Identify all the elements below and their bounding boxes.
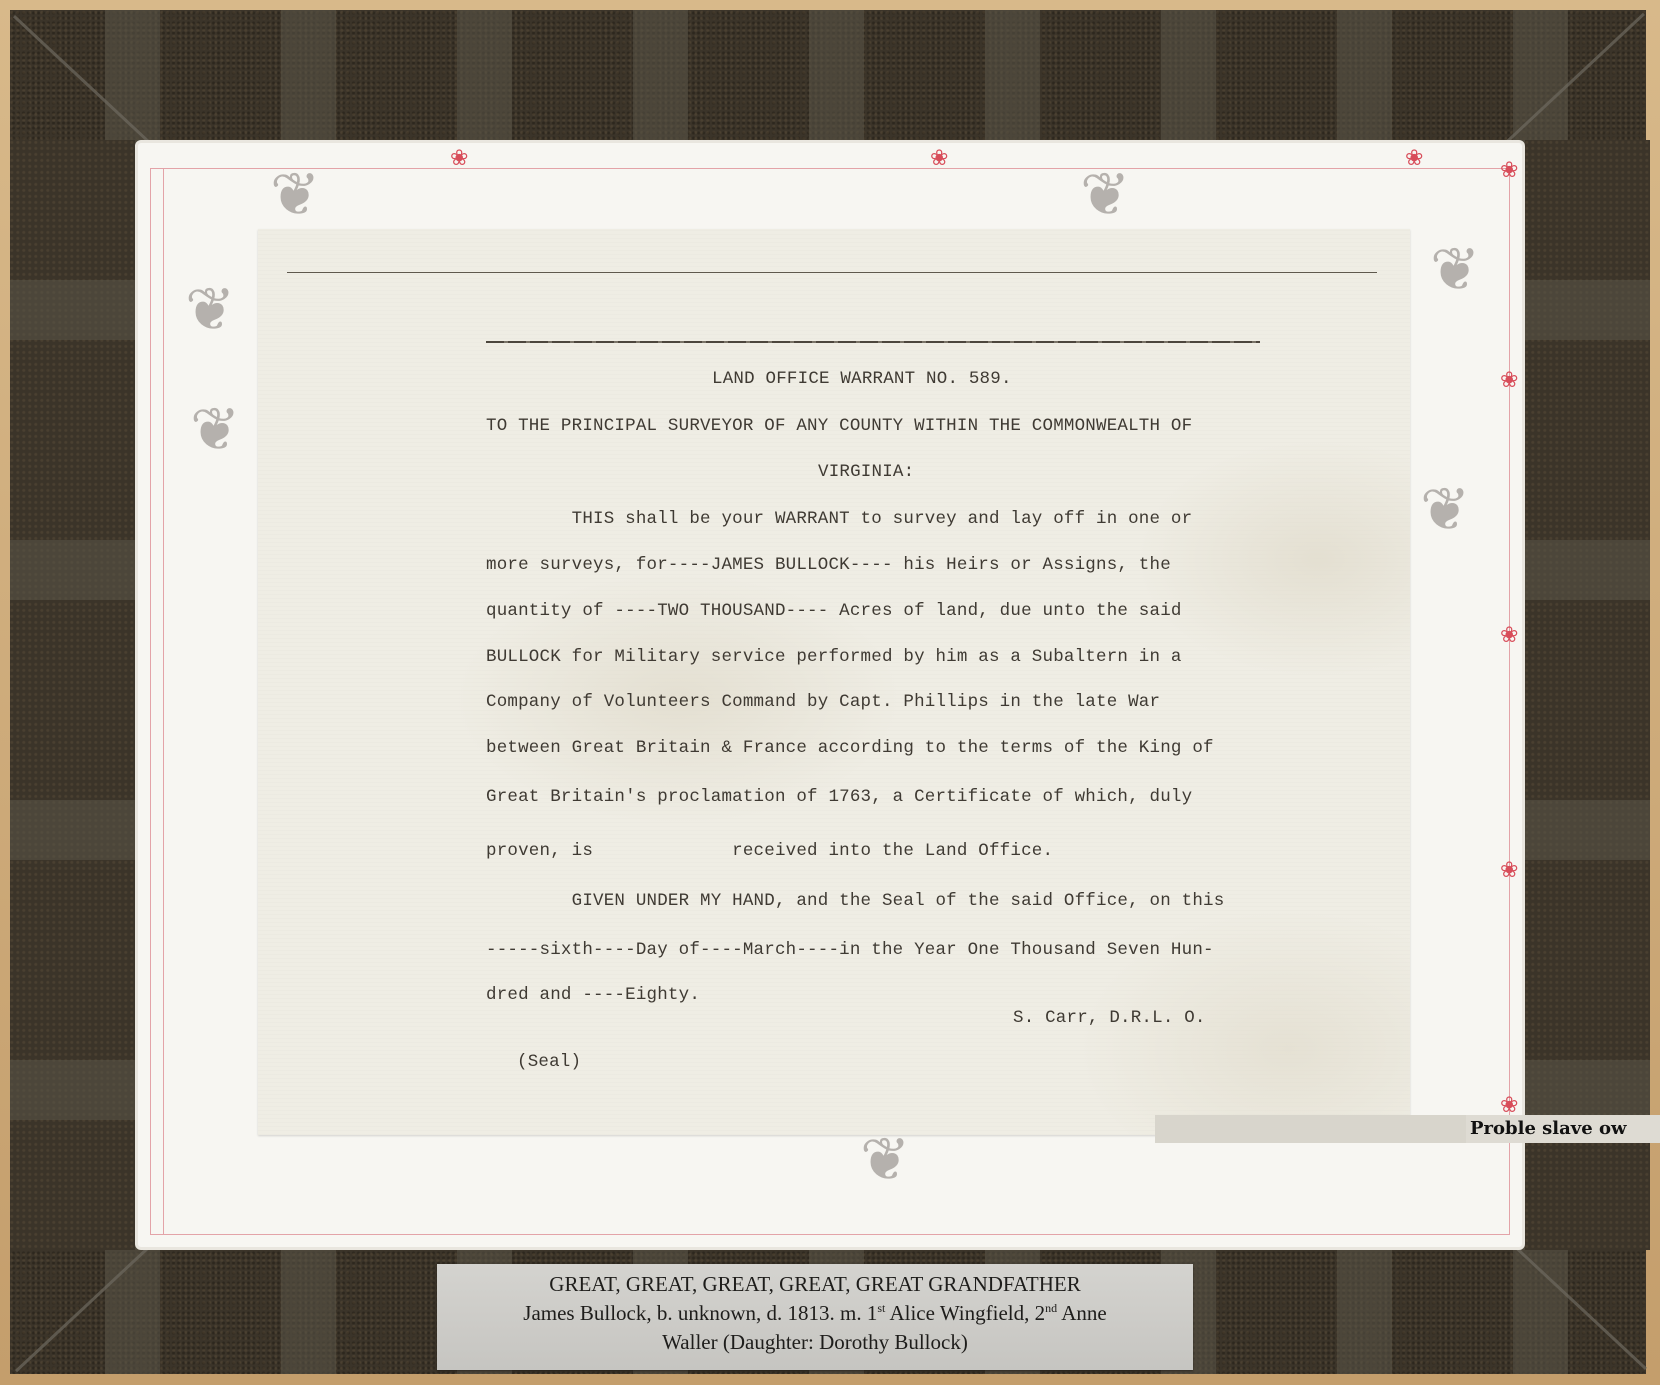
warrant-body-line: between Great Britain & France according… — [486, 738, 1214, 758]
warrant-body-line: proven, is received into the Land Office… — [486, 841, 1053, 861]
warrant-seal: (Seal) — [517, 1052, 581, 1072]
flower-icon: ❀ — [1500, 370, 1518, 392]
typed-top-rule — [486, 341, 1260, 343]
warrant-title: LAND OFFICE WARRANT NO. 589. — [712, 369, 1012, 389]
warrant-body-line: Company of Volunteers Command by Capt. P… — [486, 692, 1160, 712]
warrant-body-line: -----sixth----Day of----March----in the … — [486, 940, 1214, 960]
plaque-daughter: Waller (Daughter: Dorothy Bullock) — [437, 1328, 1193, 1357]
label-tape-text: Proble slave ow — [1466, 1115, 1660, 1143]
flower-icon: ❀ — [1500, 860, 1518, 882]
flower-icon: ❀ — [1500, 160, 1518, 182]
warrant-body-line: THIS shall be your WARRANT to survey and… — [486, 509, 1192, 529]
land-warrant-document — [258, 229, 1410, 1135]
flower-icon: ❀ — [450, 148, 468, 170]
plaque-bio: James Bullock, b. unknown, d. 1813. m. 1… — [437, 1299, 1193, 1328]
plaque-bio-part: James Bullock, b. unknown, d. 1813. m. 1 — [523, 1301, 877, 1325]
leaf-icon: ❦ — [860, 1130, 910, 1190]
warrant-body-line: dred and ----Eighty. — [486, 985, 700, 1005]
warrant-address-state: VIRGINIA: — [818, 462, 914, 482]
plaque-relation: GREAT, GREAT, GREAT, GREAT, GREAT GRANDF… — [437, 1270, 1193, 1299]
leaf-icon: ❦ — [270, 165, 320, 225]
frame-left-side — [10, 140, 135, 1250]
flower-icon: ❀ — [1500, 625, 1518, 647]
leaf-icon: ❦ — [190, 400, 240, 460]
plaque-bio-part: Alice Wingfield, 2 — [885, 1301, 1045, 1325]
paper-top-rule — [287, 272, 1377, 273]
leaf-icon: ❦ — [1420, 480, 1470, 540]
warrant-body-line: quantity of ----TWO THOUSAND---- Acres o… — [486, 601, 1182, 621]
flower-icon: ❀ — [1500, 1095, 1518, 1117]
plaque-ordinal: nd — [1045, 1301, 1057, 1315]
leaf-icon: ❦ — [1430, 240, 1480, 300]
flower-icon: ❀ — [930, 148, 948, 170]
frame-right-side — [1525, 140, 1650, 1250]
plaque-bio-part: Anne — [1057, 1301, 1107, 1325]
leaf-icon: ❦ — [185, 280, 235, 340]
flower-icon: ❀ — [1405, 148, 1423, 170]
warrant-signature: S. Carr, D.R.L. O. — [1013, 1008, 1206, 1028]
warrant-body-line: more surveys, for----JAMES BULLOCK---- h… — [486, 555, 1171, 575]
warrant-body-line: GIVEN UNDER MY HAND, and the Seal of the… — [486, 891, 1224, 911]
engraved-plaque: GREAT, GREAT, GREAT, GREAT, GREAT GRANDF… — [437, 1264, 1193, 1370]
warrant-body-line: Great Britain's proclamation of 1763, a … — [486, 787, 1192, 807]
warrant-address-line: TO THE PRINCIPAL SURVEYOR OF ANY COUNTY … — [486, 416, 1192, 436]
leaf-icon: ❦ — [1080, 165, 1130, 225]
warrant-body-line: BULLOCK for Military service performed b… — [486, 647, 1182, 667]
